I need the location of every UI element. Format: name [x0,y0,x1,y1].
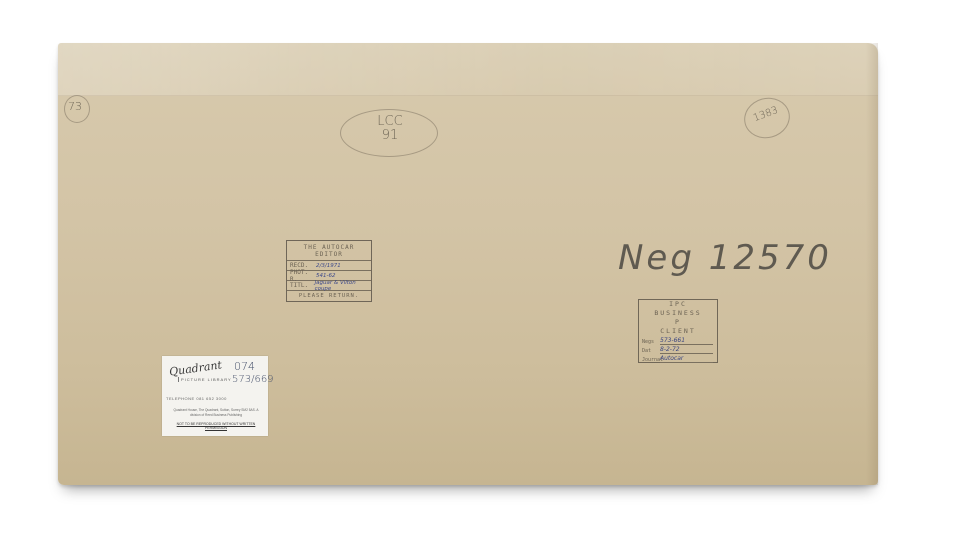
ipc-row: Journal Autocar [639,354,717,363]
ipc-row-label: Journal [642,357,660,363]
stamp-subtitle: EDITOR [287,251,371,258]
stamp-row-label: PHOT. R. [290,269,316,283]
photo-mount-board: 73 LCC 91 1383 Neg 12570 THE AUTOCAR EDI… [58,43,878,485]
stamp-row-label: TITL. [290,282,315,289]
library-telephone: TELEPHONE 081 652 3000 [166,396,227,401]
library-name: PICTURE LIBRARY [178,377,232,382]
handwritten-ref-1: 074 [234,360,255,373]
ipc-row-label: Negs [642,339,660,345]
handwritten-ref-2: 573/669 [232,374,274,385]
stamp-row: PHOT. R. 541-62 [287,270,371,280]
ipc-row-value: Autocar [660,355,713,363]
oval-pencil-text: LCC 91 [370,115,410,143]
stamp-title: THE AUTOCAR [287,244,371,251]
circled-number-text: 73 [68,100,82,113]
ipc-header-line: BUSINESS [639,309,717,318]
ipc-header-line: IPC [639,300,717,309]
ipc-header-line: P [639,318,717,327]
negative-number: Neg 12570 [618,238,832,278]
ipc-header-line: CLIENT [639,327,717,336]
quadrant-logo: Quadrant [168,358,222,378]
ipc-row-label: Dat [642,348,660,354]
copyright-warning: NOT TO BE REPRODUCED WITHOUT WRITTEN PER… [168,422,264,430]
stamp-row: TITL. Jaguar & Vilton coupe [287,280,371,290]
quadrant-library-label: Quadrant PICTURE LIBRARY TELEPHONE 081 6… [162,356,268,436]
stamp-row-value: 541-62 [316,273,335,279]
ipc-business-stamp: IPC BUSINESS P CLIENT Negs 573-661 Dat 8… [638,299,718,363]
ipc-row-value: 8-2-72 [660,346,713,354]
library-address: Quadrant House, The Quadrant, Sutton, Su… [170,408,262,417]
stamp-row-value: Jaguar & Vilton coupe [315,280,371,292]
stamp-row-value: 2/3/1971 [316,263,341,269]
autocar-editor-stamp: THE AUTOCAR EDITOR RECD. 2/3/1971 PHOT. … [286,240,372,302]
ipc-row: Negs 573-661 [639,336,717,345]
ipc-row-value: 573-661 [660,337,713,345]
ipc-row: Dat 8-2-72 [639,345,717,354]
